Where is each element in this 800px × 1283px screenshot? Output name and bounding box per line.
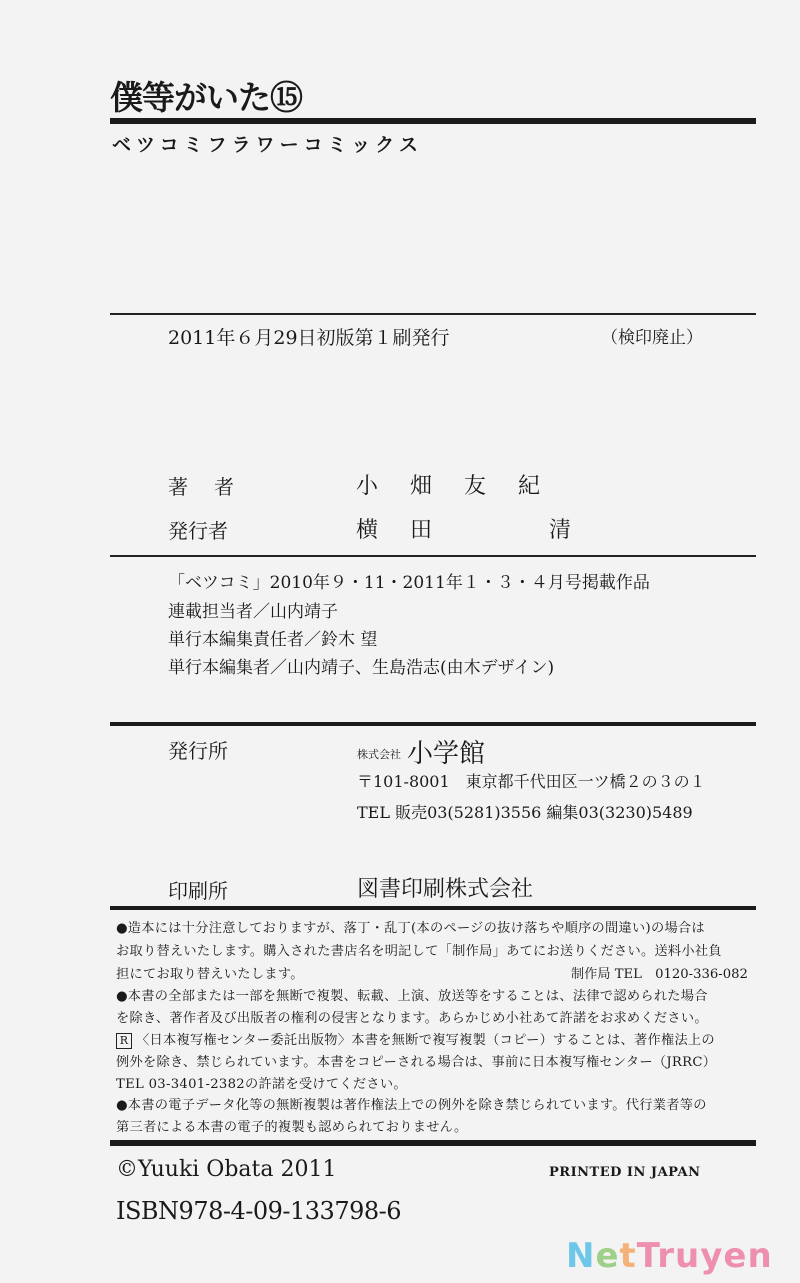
edition-date: 2011年６月29日初版第１刷発行 (168, 323, 450, 350)
divider (110, 906, 756, 910)
printer-label: 印刷所 (168, 875, 228, 904)
serialization-line: 連載担当者／山内靖子 (168, 597, 338, 622)
production-tel: 制作局 TEL 0120-336-082 (571, 963, 748, 982)
series-name: ベツコミフラワーコミックス (112, 130, 423, 157)
serialization-line: 単行本編集責任者／鈴木 望 (168, 625, 377, 650)
divider (110, 722, 756, 726)
watermark-letter: N (566, 1236, 595, 1276)
nettruyen-watermark-logo: NetTruyen (566, 1236, 773, 1276)
notice-line: 第三者による本書の電子的複製も認められておりません。 (116, 1116, 467, 1135)
notice-line: TEL 03-3401-2382の許諾を受けてください。 (116, 1073, 407, 1092)
watermark-letter: t (620, 1236, 637, 1276)
publisher-person-name-given: 清 (549, 513, 571, 544)
publisher-person-name: 横田 (356, 513, 464, 544)
notice-line: お取り替えいたします。購入された書店名を明記して「制作局」あてにお送りください。… (116, 940, 722, 959)
notice-line: ●本書の全部または一部を無断で複製、転載、上演、放送等をすることは、法律で認めら… (116, 985, 708, 1004)
divider (110, 555, 756, 557)
printed-in-japan: PRINTED IN JAPAN (549, 1165, 700, 1180)
publisher-label: 発行所 (168, 735, 228, 764)
author-label: 著者 (168, 471, 260, 500)
copyright: ©Yuuki Obata 2011 (116, 1157, 336, 1182)
serialization-line: 単行本編集者／山内靖子、生島浩志(由木デザイン) (168, 653, 554, 678)
author-name: 小畑友紀 (356, 469, 572, 500)
company-prefix: 株式会社 (357, 748, 401, 761)
publisher-address: 〒101-8001 東京都千代田区一ツ橋２の３の１ (357, 769, 706, 792)
divider (110, 313, 756, 315)
watermark-letter: Truyen (637, 1236, 773, 1276)
notice-line-jrrc: R〈日本複写権センター委託出版物〉本書を無断で複写複製（コピー）することは、著作… (116, 1029, 715, 1049)
publisher-person-label: 発行者 (168, 515, 228, 544)
notice-line: ●本書の電子データ化等の無断複製は著作権法上での例外を除き禁じられています。代行… (116, 1094, 707, 1113)
watermark-letter: e (595, 1236, 619, 1276)
notice-line: 担にてお取り替えいたします。 (116, 963, 304, 982)
divider (110, 1140, 756, 1146)
registered-r-icon: R (116, 1033, 132, 1049)
divider (110, 118, 756, 124)
isbn: ISBN978-4-09-133798-6 (116, 1197, 401, 1225)
company-name: 小学館 (407, 739, 485, 769)
publisher-tel: TEL 販売03(5281)3556 編集03(3230)5489 (357, 800, 693, 823)
publisher-company: 株式会社小学館 (357, 733, 485, 770)
book-title: 僕等がいた⑮ (110, 72, 302, 119)
notice-line: ●造本には十分注意しておりますが、落丁・乱丁(本のページの抜け落ちや順序の間違い… (116, 917, 705, 936)
seal-notice: （検印廃止） (601, 323, 703, 348)
notice-line: を除き、著作者及び出版者の権利の侵害となります。あらかじめ小社あて許諾をお求めく… (116, 1007, 708, 1026)
printer-name: 図書印刷株式会社 (357, 872, 533, 903)
serialization-line: 「ベツコミ」2010年９・11・2011年１・３・４月号掲載作品 (168, 568, 650, 593)
notice-line: 例外を除き、禁じられています。本書をコピーされる場合は、事前に日本複写権センター… (116, 1051, 716, 1070)
